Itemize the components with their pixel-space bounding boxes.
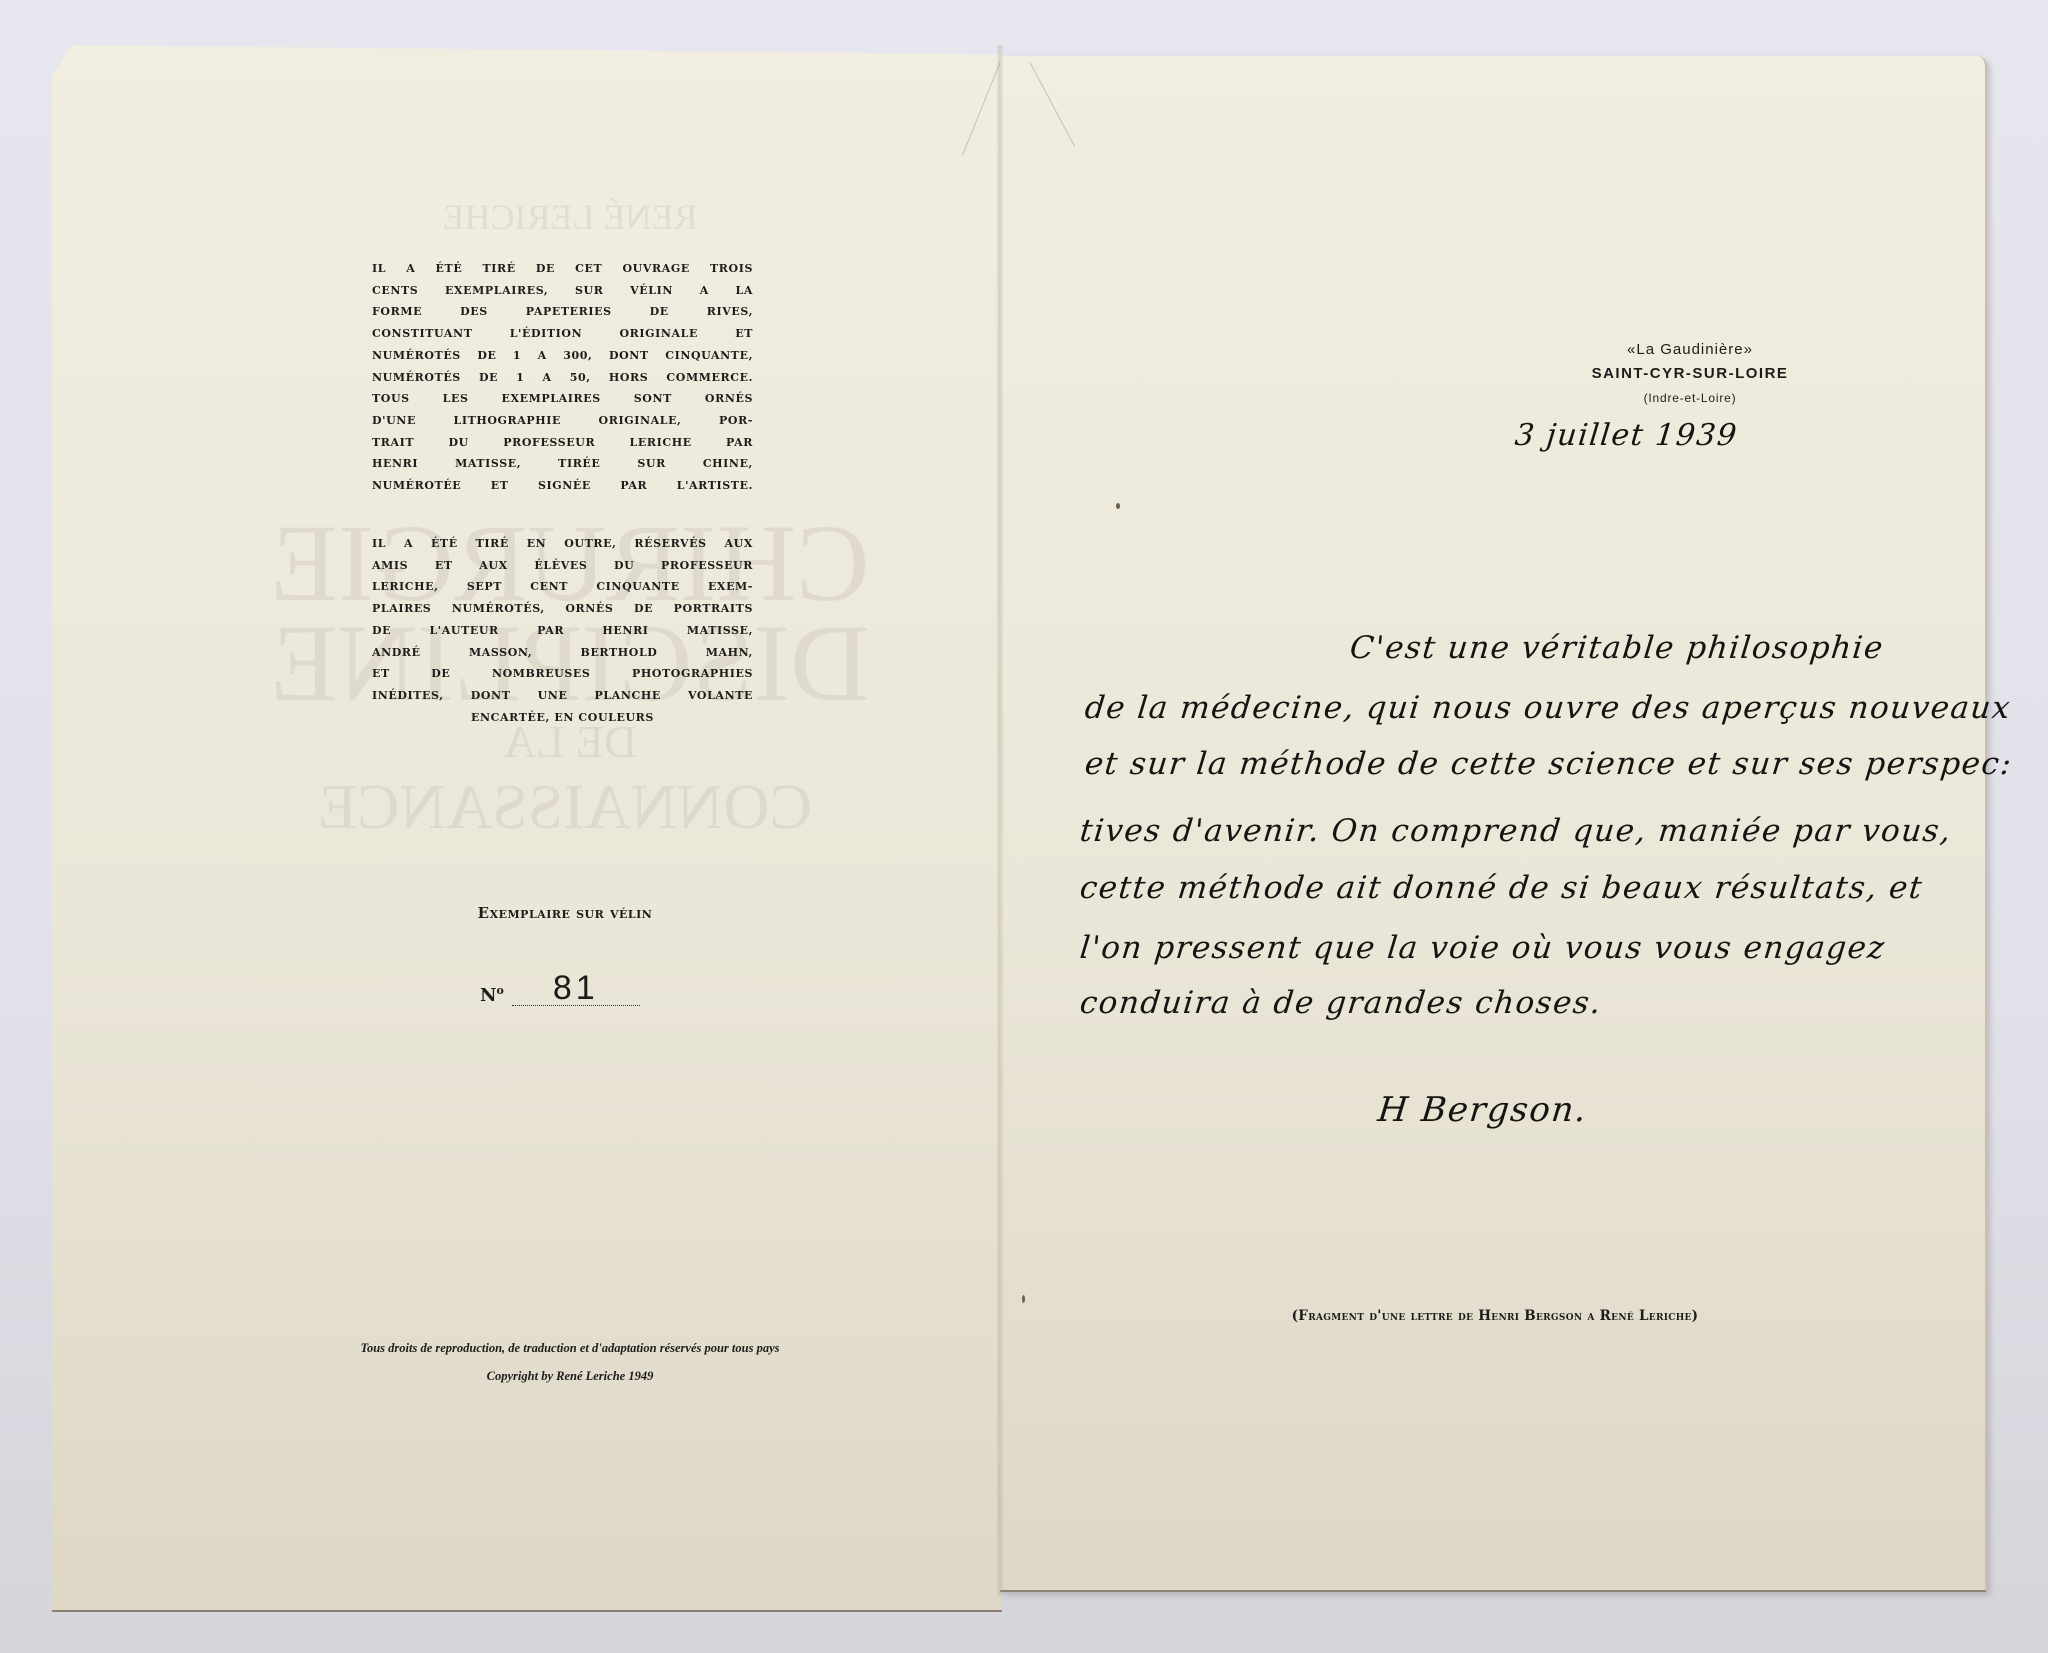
letter-line: C'est une véritable philosophie	[1348, 630, 1886, 666]
text-line: forme des papeteries de rives,	[372, 301, 753, 323]
paper-spot	[1022, 1295, 1025, 1303]
text-line: Il a été tiré de cet ouvrage trois	[372, 258, 753, 280]
fragment-caption: (Fragment d'une lettre de Henri Bergson …	[1195, 1308, 1795, 1324]
text-line: et de nombreuses photographies	[372, 663, 753, 685]
text-line: amis et aux élèves du professeur	[372, 555, 753, 577]
letter-date: 3 juillet 1939	[1513, 418, 1739, 453]
letterhead-region: (Indre-et-Loire)	[1540, 386, 1840, 410]
center-fold	[996, 45, 1004, 1595]
text-line: trait du professeur Leriche par	[372, 432, 753, 454]
number-prefix: No	[480, 984, 504, 1006]
letter-line: tives d'avenir. On comprend que, maniée …	[1078, 813, 1953, 849]
number-prefix-letter: N	[480, 985, 496, 1006]
text-line: numérotée et signée par l'artiste.	[372, 475, 753, 497]
text-line: constituant l'édition originale et	[372, 323, 753, 345]
text-line: Il a été tiré en outre, réservés aux	[372, 533, 753, 555]
text-line: André Masson, Berthold Mahn,	[372, 642, 753, 664]
letterhead-city: SAINT-CYR-SUR-LOIRE	[1540, 362, 1840, 386]
copy-number: 81	[512, 971, 640, 1006]
text-line: plaires numérotés, ornés de portraits	[372, 598, 753, 620]
letter-line: et sur la méthode de cette science et su…	[1083, 746, 2014, 782]
ghost-title-4: CONNAISSANCE	[280, 770, 850, 844]
justification-paragraph-1: Il a été tiré de cet ouvrage trois cents…	[372, 258, 753, 497]
justification-paragraph-2: Il a été tiré en outre, réservés aux ami…	[372, 533, 753, 728]
text-line: numérotés de 1 a 50, hors commerce.	[372, 367, 753, 389]
letter-line: conduira à de grandes choses.	[1078, 985, 1604, 1021]
copyright-notice: Tous droits de reproduction, de traducti…	[200, 1334, 940, 1390]
text-line: Tous les exemplaires sont ornés	[372, 388, 753, 410]
rights-line: Tous droits de reproduction, de traducti…	[200, 1334, 940, 1362]
text-line: Henri Matisse, tirée sur chine,	[372, 453, 753, 475]
letterhead-name: «La Gaudinière»	[1540, 338, 1840, 362]
text-line: de l'auteur par Henri Matisse,	[372, 620, 753, 642]
paper-spot	[1116, 503, 1120, 509]
letterhead: «La Gaudinière» SAINT-CYR-SUR-LOIRE (Ind…	[1540, 338, 1840, 410]
text-line: numérotés de 1 a 300, dont cinquante,	[372, 345, 753, 367]
signature: H Bergson.	[1376, 1090, 1589, 1130]
text-line: Leriche, sept cent cinquante exem-	[372, 576, 753, 598]
text-line: inédites, dont une planche volante	[372, 685, 753, 707]
letter-line: l'on pressent que la voie où vous vous e…	[1078, 930, 1887, 966]
letter-line: cette méthode ait donné de si beaux résu…	[1078, 870, 1925, 906]
text-line: encartée, en couleurs	[372, 707, 753, 729]
text-line: d'une lithographie originale, por-	[372, 410, 753, 432]
copy-number-row: No 81	[480, 966, 640, 1006]
text-line: cents exemplaires, sur vélin a la	[372, 280, 753, 302]
edition-label: Exemplaire sur vélin	[380, 904, 750, 922]
letter-line: de la médecine, qui nous ouvre des aperç…	[1083, 690, 2013, 726]
copyright-line: Copyright by René Leriche 1949	[200, 1362, 940, 1390]
ghost-author: RENÉ LERICHE	[400, 196, 740, 238]
number-prefix-sup: o	[496, 984, 503, 997]
